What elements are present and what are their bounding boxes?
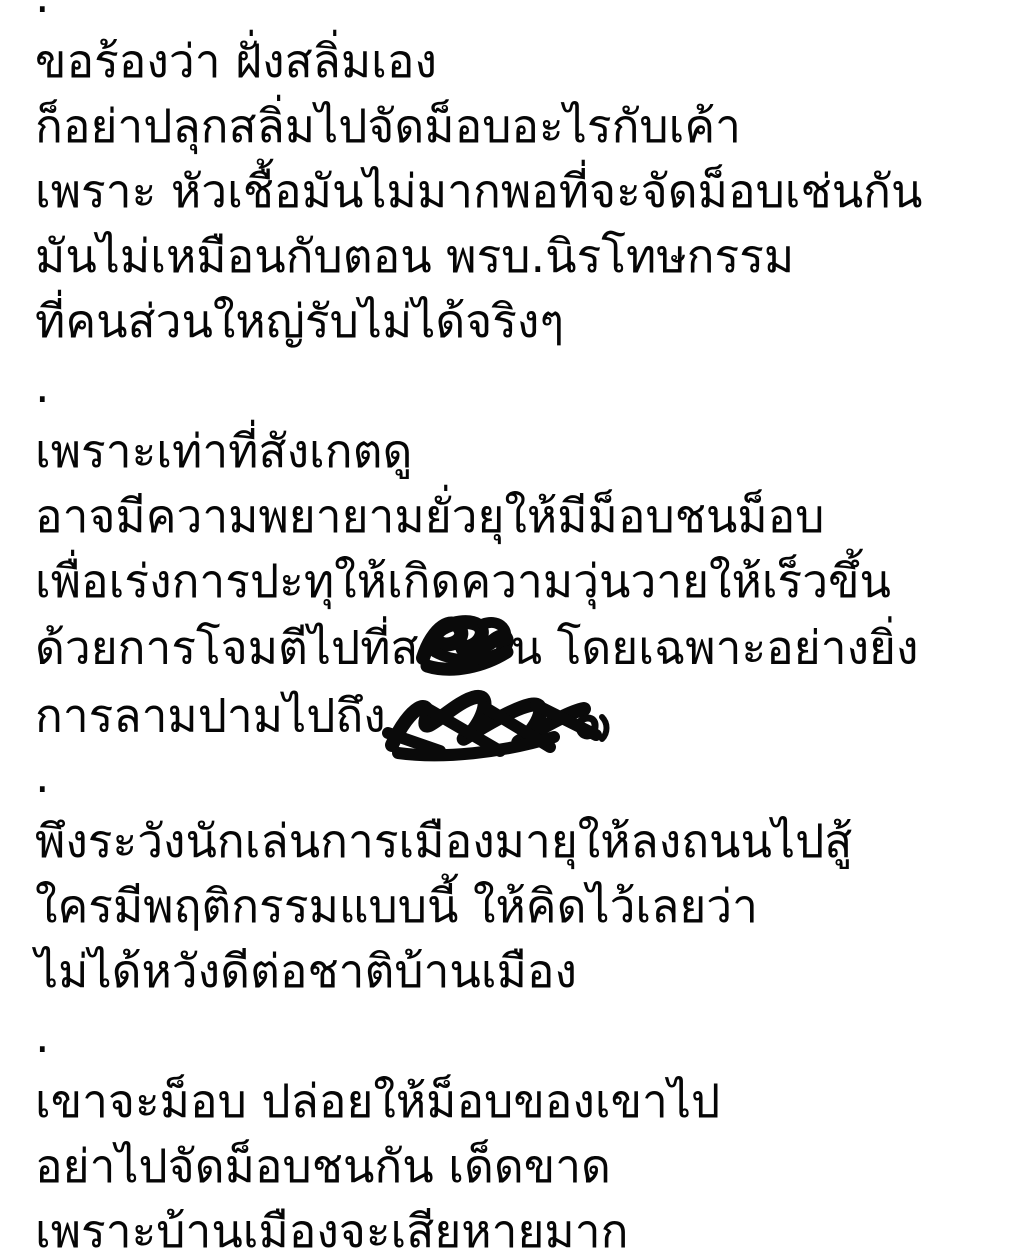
text-before-redaction: ด้วยการโจมตีไปที่ส	[35, 621, 419, 675]
text-line: ใครมีพฤติกรรมแบบนี้ ให้คิดไว้เลยว่า	[35, 874, 1000, 939]
text-line: อาจมีความพยายามยั่วยุให้มีม็อบชนม็อบ	[35, 484, 1000, 549]
text-line: เพราะเท่าที่สังเกตดู	[35, 419, 1000, 484]
text-line-with-redaction: ด้วยการโจมตีไปที่ส น โดยเฉพาะอย่างยิ่ง	[35, 614, 1000, 679]
text-before-redaction: การลามปามไปถึง	[35, 689, 386, 743]
text-line: ขอร้องว่า ฝั่งสลิ่มเอง	[35, 29, 1000, 94]
text-line: มันไม่เหมือนกับตอน พรบ.นิรโทษกรรม	[35, 224, 1000, 289]
text-after-redaction: น โดยเฉพาะอย่างยิ่ง	[511, 621, 919, 675]
text-line: เขาจะม็อบ ปล่อยให้ม็อบของเขาไป	[35, 1069, 1000, 1134]
text-line: เพราะบ้านเมืองจะเสียหายมาก	[35, 1199, 1000, 1260]
text-line-with-redaction: การลามปามไปถึง	[35, 679, 1000, 744]
paragraph-dot: .	[35, 1004, 1000, 1069]
text-line: ที่คนส่วนใหญ่รับไม่ได้จริงๆ	[35, 289, 1000, 354]
text-line: เพราะ หัวเชื้อมันไม่มากพอที่จะจัดม็อบเช่…	[35, 159, 1000, 224]
marker-scribble-icon	[382, 683, 614, 763]
text-line: ไม่ได้หวังดีต่อชาติบ้านเมือง	[35, 939, 1000, 1004]
text-line: อย่าไปจัดม็อบชนกัน เด็ดขาด	[35, 1134, 1000, 1199]
text-line: ก็อย่าปลุกสลิ่มไปจัดม็อบอะไรกับเค้า	[35, 94, 1000, 159]
marker-scribble-icon	[413, 610, 521, 684]
text-line: เพื่อเร่งการปะทุให้เกิดความวุ่นวายให้เร็…	[35, 549, 1000, 614]
paragraph-dot: .	[35, 0, 1000, 29]
paragraph-dot: .	[35, 354, 1000, 419]
post-text-body: . ขอร้องว่า ฝั่งสลิ่มเอง ก็อย่าปลุกสลิ่ม…	[0, 0, 1010, 1260]
text-line: พึงระวังนักเล่นการเมืองมายุให้ลงถนนไปสู้	[35, 809, 1000, 874]
